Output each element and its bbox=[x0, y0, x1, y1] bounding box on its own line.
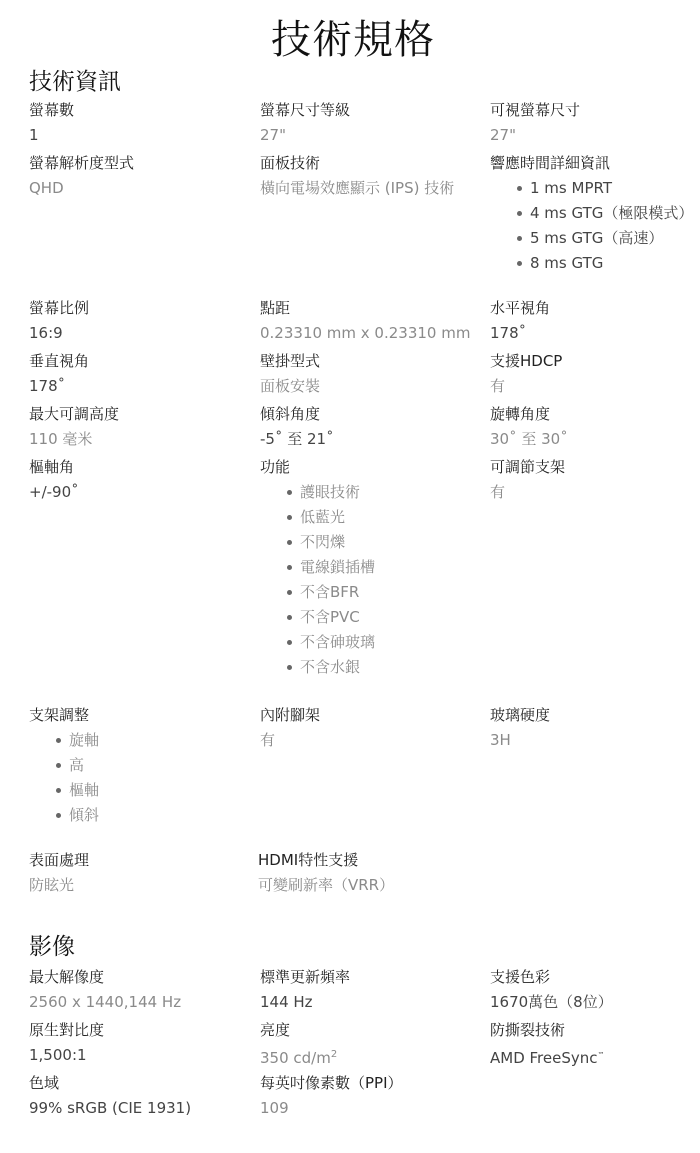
spec-value: 有 bbox=[490, 482, 565, 502]
spec-response-time: 響應時間詳細資訊 1 ms MPRT 4 ms GTG（極限模式） 5 ms G… bbox=[490, 153, 693, 278]
spec-stand-adjust: 支架調整 旋軸 高 樞軸 傾斜 bbox=[29, 705, 99, 830]
spec-value: 2560 x 1440,144 Hz bbox=[29, 992, 181, 1012]
list-item: 4 ms GTG（極限模式） bbox=[490, 203, 693, 223]
spec-label: 標準更新頻率 bbox=[260, 967, 350, 987]
list-item: 不含BFR bbox=[260, 582, 375, 602]
spec-label: 傾斜角度 bbox=[260, 404, 334, 424]
spec-gamut: 色域 99% sRGB (CIE 1931) bbox=[29, 1073, 191, 1118]
spec-value: 面板安裝 bbox=[260, 376, 320, 396]
spec-label: 支援HDCP bbox=[490, 351, 562, 371]
list-item: 1 ms MPRT bbox=[490, 178, 693, 198]
spec-contrast: 原生對比度 1,500:1 bbox=[29, 1020, 104, 1065]
spec-label: 防撕裂技術 bbox=[490, 1020, 605, 1040]
spec-aspect-ratio: 螢幕比例 16:9 bbox=[29, 298, 89, 343]
spec-value: 有 bbox=[260, 730, 320, 750]
spec-label: 螢幕解析度型式 bbox=[29, 153, 134, 173]
spec-label: 可視螢幕尺寸 bbox=[490, 100, 580, 120]
spec-label: 水平視角 bbox=[490, 298, 550, 318]
spec-label: 色域 bbox=[29, 1073, 191, 1093]
spec-value: 防眩光 bbox=[29, 875, 89, 895]
spec-label: 垂直視角 bbox=[29, 351, 89, 371]
spec-hdmi-features: HDMI特性支援 可變刷新率（VRR） bbox=[258, 850, 394, 895]
spec-value: 27" bbox=[490, 125, 580, 145]
spec-ppi: 每英吋像素數（PPI） 109 bbox=[260, 1073, 403, 1118]
spec-h-view: 水平視角 178˚ bbox=[490, 298, 550, 343]
spec-refresh: 標準更新頻率 144 Hz bbox=[260, 967, 350, 1012]
list-item: 不閃爍 bbox=[260, 532, 375, 552]
spec-pixel-pitch: 點距 0.23310 mm x 0.23310 mm bbox=[260, 298, 470, 343]
list-item: 不含砷玻璃 bbox=[260, 632, 375, 652]
list-item: 樞軸 bbox=[29, 780, 99, 800]
list-item: 低藍光 bbox=[260, 507, 375, 527]
spec-value: 110 毫米 bbox=[29, 429, 119, 449]
spec-hdcp: 支援HDCP 有 bbox=[490, 351, 562, 396]
spec-label: 螢幕數 bbox=[29, 100, 74, 120]
spec-value: 0.23310 mm x 0.23310 mm bbox=[260, 323, 470, 343]
spec-label: 螢幕比例 bbox=[29, 298, 89, 318]
spec-label: 螢幕尺寸等級 bbox=[260, 100, 350, 120]
spec-colors: 支援色彩 1670萬色（8位） bbox=[490, 967, 613, 1012]
page-title: 技術規格 bbox=[0, 8, 700, 65]
spec-max-height: 最大可調高度 110 毫米 bbox=[29, 404, 119, 449]
list-item: 護眼技術 bbox=[260, 482, 375, 502]
spec-label: 亮度 bbox=[260, 1020, 337, 1040]
spec-value: 1,500:1 bbox=[29, 1045, 104, 1065]
spec-label: 壁掛型式 bbox=[260, 351, 320, 371]
spec-label: 最大解像度 bbox=[29, 967, 181, 987]
spec-label: 最大可調高度 bbox=[29, 404, 119, 424]
spec-surface: 表面處理 防眩光 bbox=[29, 850, 89, 895]
list-item: 不含PVC bbox=[260, 607, 375, 627]
anti-tearing-value: AMD FreeSync bbox=[490, 1049, 598, 1067]
spec-value: 109 bbox=[260, 1098, 403, 1118]
spec-value: QHD bbox=[29, 178, 134, 198]
list-item: 電線鎖插槽 bbox=[260, 557, 375, 577]
spec-label: 每英吋像素數（PPI） bbox=[260, 1073, 403, 1093]
spec-label: 玻璃硬度 bbox=[490, 705, 550, 725]
spec-viewable-size: 可視螢幕尺寸 27" bbox=[490, 100, 580, 145]
spec-label: 內附腳架 bbox=[260, 705, 320, 725]
spec-v-view: 垂直視角 178˚ bbox=[29, 351, 89, 396]
spec-label: 面板技術 bbox=[260, 153, 454, 173]
spec-adjustable-stand: 可調節支架 有 bbox=[490, 457, 565, 502]
spec-brightness: 亮度 350 cd/m2 bbox=[260, 1020, 337, 1068]
spec-label: 功能 bbox=[260, 457, 375, 477]
spec-features: 功能 護眼技術 低藍光 不閃爍 電線鎖插槽 不含BFR 不含PVC 不含砷玻璃 … bbox=[260, 457, 375, 682]
superscript: 2 bbox=[331, 1049, 337, 1060]
spec-label: HDMI特性支援 bbox=[258, 850, 394, 870]
spec-value: 可變刷新率（VRR） bbox=[258, 875, 394, 895]
spec-size-class: 螢幕尺寸等級 27" bbox=[260, 100, 350, 145]
spec-value: -5˚ 至 21˚ bbox=[260, 429, 334, 449]
spec-label: 可調節支架 bbox=[490, 457, 565, 477]
spec-swivel: 旋轉角度 30˚ 至 30˚ bbox=[490, 404, 568, 449]
spec-wall-mount: 壁掛型式 面板安裝 bbox=[260, 351, 320, 396]
spec-value: 350 cd/m2 bbox=[260, 1045, 337, 1068]
list-item: 5 ms GTG（高速） bbox=[490, 228, 693, 248]
list-item: 傾斜 bbox=[29, 805, 99, 825]
spec-stand-included: 內附腳架 有 bbox=[260, 705, 320, 750]
spec-anti-tearing: 防撕裂技術 AMD FreeSync™ bbox=[490, 1020, 605, 1068]
trademark-symbol: ™ bbox=[598, 1051, 605, 1059]
spec-label: 點距 bbox=[260, 298, 470, 318]
spec-label: 原生對比度 bbox=[29, 1020, 104, 1040]
spec-label: 旋轉角度 bbox=[490, 404, 568, 424]
spec-tilt: 傾斜角度 -5˚ 至 21˚ bbox=[260, 404, 334, 449]
spec-label: 支架調整 bbox=[29, 705, 99, 725]
spec-value: 1 bbox=[29, 125, 74, 145]
spec-value: 有 bbox=[490, 376, 562, 396]
spec-value: 144 Hz bbox=[260, 992, 350, 1012]
spec-pivot: 樞軸角 +/-90˚ bbox=[29, 457, 79, 502]
list-item: 高 bbox=[29, 755, 99, 775]
spec-value: 1670萬色（8位） bbox=[490, 992, 613, 1012]
spec-value: 橫向電場效應顯示 (IPS) 技術 bbox=[260, 178, 454, 198]
spec-value: 178˚ bbox=[29, 376, 89, 396]
list-item: 旋軸 bbox=[29, 730, 99, 750]
spec-label: 支援色彩 bbox=[490, 967, 613, 987]
list-item: 不含水銀 bbox=[260, 657, 375, 677]
spec-label: 樞軸角 bbox=[29, 457, 79, 477]
brightness-value: 350 cd/m bbox=[260, 1049, 331, 1067]
spec-max-res: 最大解像度 2560 x 1440,144 Hz bbox=[29, 967, 181, 1012]
spec-value: AMD FreeSync™ bbox=[490, 1045, 605, 1068]
spec-panel-tech: 面板技術 橫向電場效應顯示 (IPS) 技術 bbox=[260, 153, 454, 198]
spec-value: 3H bbox=[490, 730, 550, 750]
section-title-image: 影像 bbox=[29, 928, 75, 961]
spec-value: 30˚ 至 30˚ bbox=[490, 429, 568, 449]
spec-glass-hardness: 玻璃硬度 3H bbox=[490, 705, 550, 750]
spec-label: 表面處理 bbox=[29, 850, 89, 870]
spec-value: 99% sRGB (CIE 1931) bbox=[29, 1098, 191, 1118]
spec-screens: 螢幕數 1 bbox=[29, 100, 74, 145]
spec-value: 16:9 bbox=[29, 323, 89, 343]
spec-value: +/-90˚ bbox=[29, 482, 79, 502]
spec-resolution-type: 螢幕解析度型式 QHD bbox=[29, 153, 134, 198]
spec-label: 響應時間詳細資訊 bbox=[490, 153, 693, 173]
list-item: 8 ms GTG bbox=[490, 253, 693, 273]
spec-value: 178˚ bbox=[490, 323, 550, 343]
spec-value: 27" bbox=[260, 125, 350, 145]
section-title-tech: 技術資訊 bbox=[29, 63, 121, 96]
